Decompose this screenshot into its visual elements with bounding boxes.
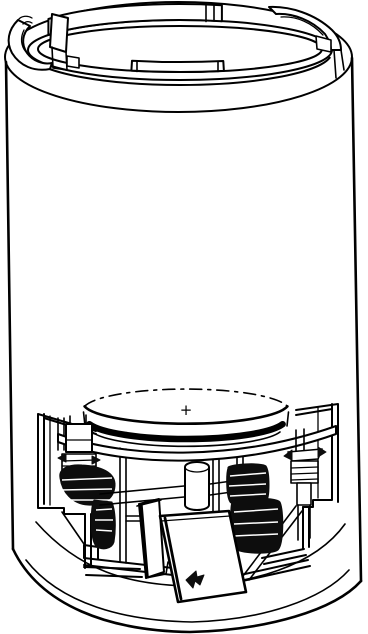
strut-center [213, 456, 219, 514]
left-lug-tab [50, 14, 68, 52]
technical-drawing-page: + [0, 0, 368, 634]
right-coupling-stem [297, 483, 311, 505]
right-coupling-cap [288, 449, 322, 461]
bayonet-collar [9, 4, 344, 85]
cylinder-mechanism-figure: + [0, 0, 368, 634]
wall-left-edge [6, 62, 13, 549]
worm-tail-gear [91, 500, 115, 549]
back-lug [48, 4, 222, 35]
left-lug-step-block [67, 56, 79, 68]
left-bearing-block [66, 424, 92, 452]
wall-right-edge [352, 58, 361, 581]
discharge-chute [137, 499, 246, 602]
disc-edge-shadow [89, 424, 282, 439]
left-leg [85, 514, 91, 568]
gear-lower [231, 498, 283, 553]
left-diagonal [62, 512, 84, 544]
worm-drive [58, 415, 115, 549]
worm-gear [60, 465, 115, 505]
center-hub [185, 462, 209, 510]
front-lug-bar [131, 61, 224, 72]
right-leg [303, 507, 309, 549]
turntable-disc: + [84, 389, 289, 446]
disc-center-mark: + [180, 401, 193, 419]
strut-left [120, 448, 126, 563]
